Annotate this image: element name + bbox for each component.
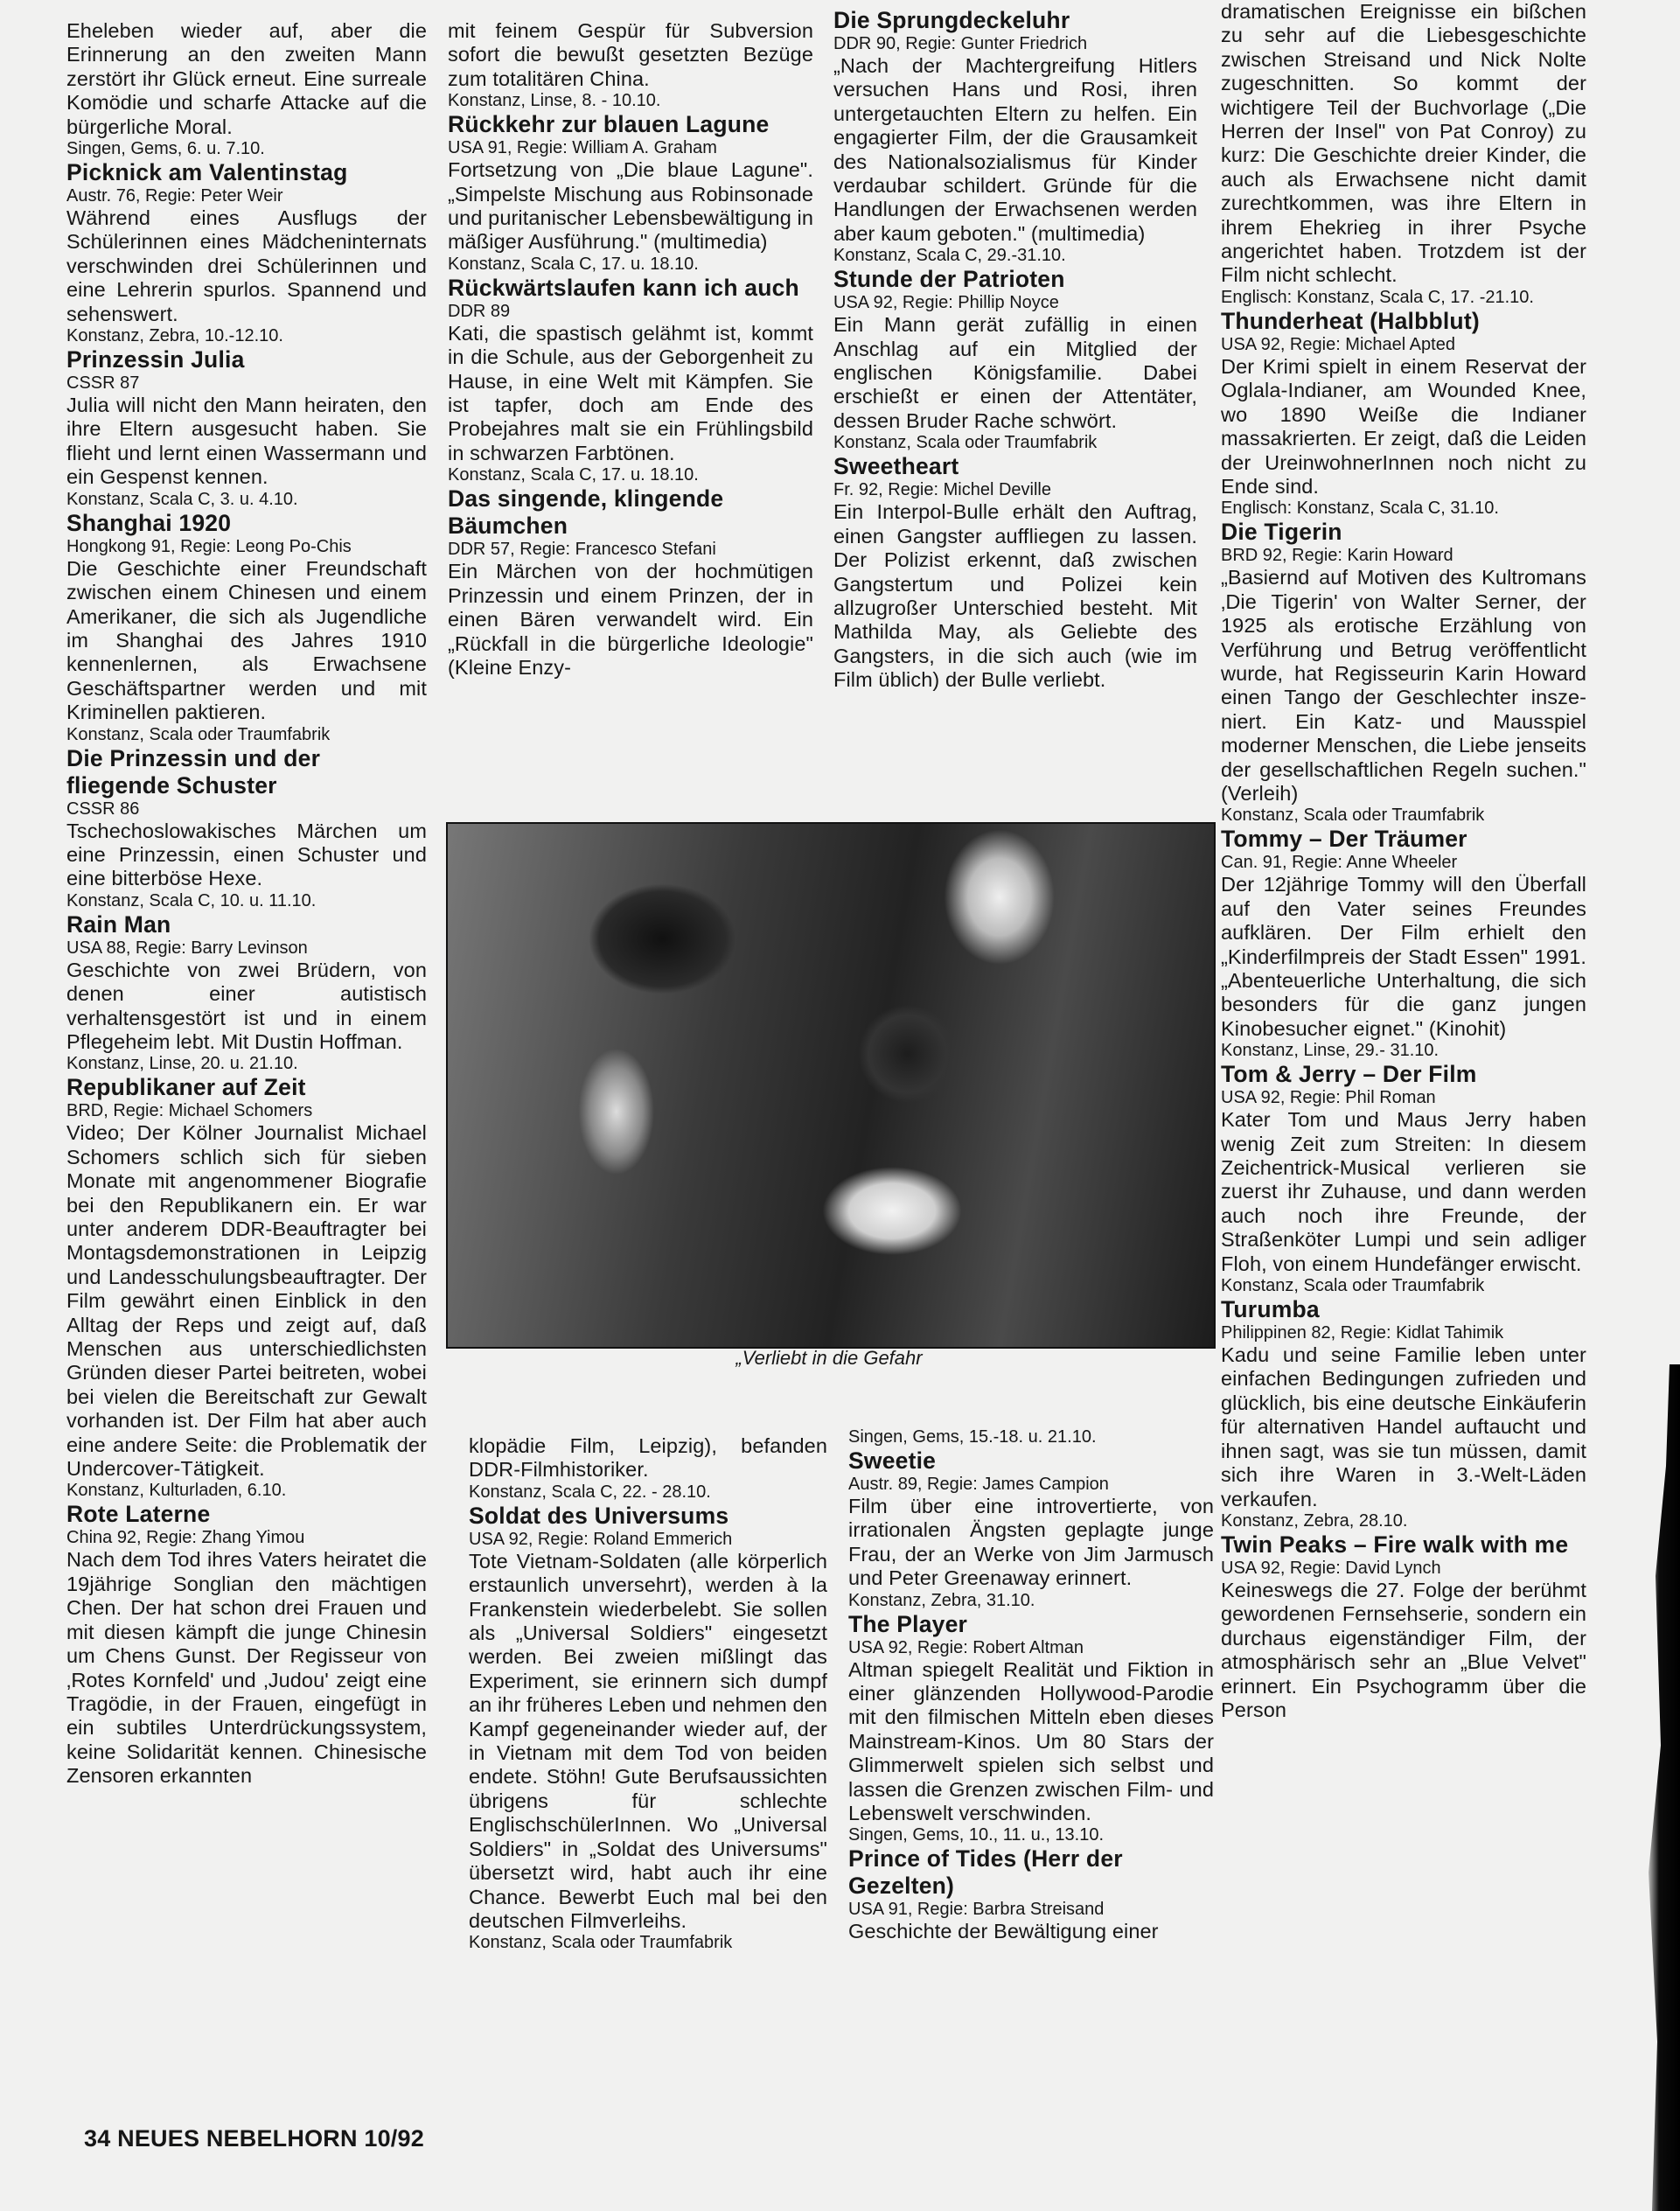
venue-dates: Konstanz, Scala C, 17. u. 18.10. bbox=[448, 255, 813, 275]
film-meta: USA 91, Regie: Barbra Streisand bbox=[848, 1900, 1214, 1920]
film-meta: BRD, Regie: Michael Schomers bbox=[66, 1101, 427, 1121]
film-entry: Tommy – Der Träumer Can. 91, Regie: Anne… bbox=[1221, 826, 1586, 1061]
film-description: Die Geschichte einer Freundschaft zwisch… bbox=[66, 557, 427, 725]
film-still-photo bbox=[446, 822, 1216, 1349]
venue-dates: Englisch: Konstanz, Scala C, 17. -21.10. bbox=[1221, 288, 1586, 308]
film-title: Tom & Jerry – Der Film bbox=[1221, 1061, 1586, 1088]
venue-dates: Konstanz, Scala C, 10. u. 11.10. bbox=[66, 891, 427, 911]
film-entry: Republikaner auf Zeit BRD, Regie: Michae… bbox=[66, 1074, 427, 1501]
film-entry: Das singende, klingende Bäumchen DDR 57,… bbox=[448, 485, 813, 680]
film-description: Geschichte von zwei Brüdern, von denen e… bbox=[66, 959, 427, 1055]
film-entry: Prince of Tides (Herr der Gezelten) USA … bbox=[848, 1845, 1214, 1943]
venue-dates: Singen, Gems, 6. u. 7.10. bbox=[66, 139, 427, 159]
venue-dates: Konstanz, Scala C, 22. - 28.10. bbox=[469, 1482, 827, 1503]
venue-dates: Konstanz, Scala C, 3. u. 4.10. bbox=[66, 490, 427, 510]
film-meta: Austr. 76, Regie: Peter Weir bbox=[66, 186, 427, 206]
film-description: „Nach der Machtergreifung Hitlers versuc… bbox=[833, 54, 1197, 246]
continued-text: Eheleben wieder auf, aber die Erinnerung… bbox=[66, 19, 427, 139]
film-meta: DDR 90, Regie: Gunter Friedrich bbox=[833, 34, 1197, 54]
film-title: Twin Peaks – Fire walk with me bbox=[1221, 1531, 1586, 1559]
venue-dates: Konstanz, Scala oder Traumfabrik bbox=[1221, 806, 1586, 826]
column-2-top: mit feinem Gespür für Subversion sofort … bbox=[448, 19, 813, 680]
film-meta: Can. 91, Regie: Anne Wheeler bbox=[1221, 853, 1586, 873]
column-3-top: Die Sprungdeckeluhr DDR 90, Regie: Gunte… bbox=[833, 7, 1197, 693]
film-description: Keineswegs die 27. Folge der berühmt gew… bbox=[1221, 1579, 1586, 1722]
film-title: Rückwärtslaufen kann ich auch bbox=[448, 275, 813, 302]
film-description: Der 12jährige Tommy will den Überfall au… bbox=[1221, 873, 1586, 1041]
film-entry: Rain Man USA 88, Regie: Barry Levinson G… bbox=[66, 911, 427, 1075]
film-entry: Die Tigerin BRD 92, Regie: Karin Howard … bbox=[1221, 519, 1586, 826]
venue-dates: Singen, Gems, 10., 11. u., 13.10. bbox=[848, 1825, 1214, 1845]
film-description: Kater Tom und Maus Jerry haben wenig Zei… bbox=[1221, 1108, 1586, 1276]
torn-page-edge bbox=[1645, 1364, 1680, 2211]
film-description: Ein Interpol-Bulle erhält den Auftrag, e… bbox=[833, 500, 1197, 692]
photo-caption: „Verliebt in die Gefahr bbox=[446, 1347, 1212, 1370]
film-description: Während eines Ausflugs der Schülerinnen … bbox=[66, 206, 427, 326]
film-entry: Rückwärtslaufen kann ich auch DDR 89 Kat… bbox=[448, 275, 813, 485]
film-title: Die Tigerin bbox=[1221, 519, 1586, 546]
film-meta: USA 88, Regie: Barry Levinson bbox=[66, 938, 427, 959]
film-meta: USA 92, Regie: Robert Altman bbox=[848, 1638, 1214, 1658]
film-entry: Soldat des Universums USA 92, Regie: Rol… bbox=[469, 1503, 827, 1954]
film-title: Thunderheat (Halbblut) bbox=[1221, 308, 1586, 335]
film-meta: BRD 92, Regie: Karin Howard bbox=[1221, 546, 1586, 566]
film-meta: CSSR 87 bbox=[66, 373, 427, 394]
film-meta: USA 91, Regie: William A. Graham bbox=[448, 138, 813, 158]
venue-dates: Konstanz, Zebra, 10.-12.10. bbox=[66, 326, 427, 346]
film-description: Tschechoslowakisches Märchen um eine Pri… bbox=[66, 820, 427, 891]
continued-text: dramatischen Ereignisse ein bißchen zu s… bbox=[1221, 0, 1586, 288]
film-title: Shanghai 1920 bbox=[66, 510, 427, 537]
venue-dates: Englisch: Konstanz, Scala C, 31.10. bbox=[1221, 499, 1586, 519]
film-description: Julia will nicht den Mann heiraten, den … bbox=[66, 394, 427, 490]
film-title: Die Prinzessin und der fliegende Schuste… bbox=[66, 745, 427, 799]
film-title: Picknick am Valentinstag bbox=[66, 159, 427, 186]
venue-dates: Konstanz, Linse, 20. u. 21.10. bbox=[66, 1054, 427, 1074]
film-title: Soldat des Universums bbox=[469, 1503, 827, 1530]
film-description: Der Krimi spielt in einem Reservat der O… bbox=[1221, 355, 1586, 499]
film-entry: Thunderheat (Halbblut) USA 92, Regie: Mi… bbox=[1221, 308, 1586, 519]
film-description: Geschichte der Bewältigung einer bbox=[848, 1920, 1214, 1943]
film-title: Prinzessin Julia bbox=[66, 346, 427, 373]
film-description: Kadu und seine Familie leben unter einfa… bbox=[1221, 1343, 1586, 1511]
film-description: Video; Der Kölner Journalist Michael Sch… bbox=[66, 1121, 427, 1481]
film-title: Republikaner auf Zeit bbox=[66, 1074, 427, 1101]
film-meta: USA 92, Regie: Phil Roman bbox=[1221, 1088, 1586, 1108]
film-title: Stunde der Patrioten bbox=[833, 266, 1197, 293]
venue-dates: Konstanz, Scala oder Traumfabrik bbox=[66, 725, 427, 745]
film-meta: USA 92, Regie: David Lynch bbox=[1221, 1559, 1586, 1579]
film-title: Sweetheart bbox=[833, 453, 1197, 480]
film-title: Rückkehr zur blauen Lagune bbox=[448, 111, 813, 138]
film-title: Tommy – Der Träumer bbox=[1221, 826, 1586, 853]
film-meta: Philippinen 82, Regie: Kidlat Tahimik bbox=[1221, 1323, 1586, 1343]
film-entry: Tom & Jerry – Der Film USA 92, Regie: Ph… bbox=[1221, 1061, 1586, 1296]
venue-dates: Konstanz, Scala C, 17. u. 18.10. bbox=[448, 465, 813, 485]
film-title: Rain Man bbox=[66, 911, 427, 938]
film-entry: Rote Laterne China 92, Regie: Zhang Yimo… bbox=[66, 1501, 427, 1788]
film-entry: Shanghai 1920 Hongkong 91, Regie: Leong … bbox=[66, 510, 427, 745]
column-1: Eheleben wieder auf, aber die Erinnerung… bbox=[66, 19, 427, 1789]
film-meta: Hongkong 91, Regie: Leong Po-Chis bbox=[66, 537, 427, 557]
film-meta: Fr. 92, Regie: Michel Deville bbox=[833, 480, 1197, 500]
film-title: The Player bbox=[848, 1611, 1214, 1638]
film-description: Kati, die spastisch gelähmt ist, kommt i… bbox=[448, 322, 813, 465]
film-title: Das singende, klingende Bäumchen bbox=[448, 485, 813, 540]
film-meta: USA 92, Regie: Michael Apted bbox=[1221, 335, 1586, 355]
film-entry: The Player USA 92, Regie: Robert Altman … bbox=[848, 1611, 1214, 1846]
film-entry: Die Prinzessin und der fliegende Schuste… bbox=[66, 745, 427, 911]
venue-dates: Konstanz, Linse, 8. - 10.10. bbox=[448, 91, 813, 111]
film-description: Ein Märchen von der hochmütigen Prinzess… bbox=[448, 560, 813, 680]
continued-text: klopädie Film, Leipzig), befanden DDR-Fi… bbox=[469, 1434, 827, 1482]
film-entry: Stunde der Patrioten USA 92, Regie: Phil… bbox=[833, 266, 1197, 453]
venue-dates: Konstanz, Scala C, 29.-31.10. bbox=[833, 246, 1197, 266]
film-description: „Basiernd auf Motiven des Kultromans ‚Di… bbox=[1221, 566, 1586, 806]
film-entry: Sweetheart Fr. 92, Regie: Michel Deville… bbox=[833, 453, 1197, 692]
venue-dates: Konstanz, Scala oder Traumfabrik bbox=[1221, 1276, 1586, 1296]
film-title: Rote Laterne bbox=[66, 1501, 427, 1528]
film-title: Die Sprungdeckeluhr bbox=[833, 7, 1197, 34]
venue-dates: Konstanz, Linse, 29.- 31.10. bbox=[1221, 1041, 1586, 1061]
venue-dates: Konstanz, Scala oder Traumfabrik bbox=[469, 1933, 827, 1953]
column-4: dramatischen Ereignisse ein bißchen zu s… bbox=[1221, 0, 1586, 1722]
venue-dates: Singen, Gems, 15.-18. u. 21.10. bbox=[848, 1427, 1214, 1447]
film-meta: USA 92, Regie: Phillip Noyce bbox=[833, 293, 1197, 313]
film-entry: Die Sprungdeckeluhr DDR 90, Regie: Gunte… bbox=[833, 7, 1197, 266]
film-description: Nach dem Tod ihres Vaters heiratet die 1… bbox=[66, 1548, 427, 1788]
film-description: Ein Mann gerät zufällig in einen Anschla… bbox=[833, 313, 1197, 433]
column-2-bottom: klopädie Film, Leipzig), befanden DDR-Fi… bbox=[469, 1434, 827, 1953]
film-meta: CSSR 86 bbox=[66, 799, 427, 820]
film-description: Altman spiegelt Realität und Fiktion in … bbox=[848, 1658, 1214, 1826]
film-title: Turumba bbox=[1221, 1296, 1586, 1323]
venue-dates: Konstanz, Zebra, 31.10. bbox=[848, 1591, 1214, 1611]
film-title: Sweetie bbox=[848, 1447, 1214, 1475]
film-meta: DDR 89 bbox=[448, 302, 813, 322]
film-meta: USA 92, Regie: Roland Emmerich bbox=[469, 1530, 827, 1550]
venue-dates: Konstanz, Scala oder Traumfabrik bbox=[833, 433, 1197, 453]
film-meta: Austr. 89, Regie: James Campion bbox=[848, 1475, 1214, 1495]
film-entry: Rückkehr zur blauen Lagune USA 91, Regie… bbox=[448, 111, 813, 275]
film-entry: Picknick am Valentinstag Austr. 76, Regi… bbox=[66, 159, 427, 346]
venue-dates: Konstanz, Kulturladen, 6.10. bbox=[66, 1481, 427, 1501]
film-meta: DDR 57, Regie: Francesco Stefani bbox=[448, 540, 813, 560]
film-entry: Sweetie Austr. 89, Regie: James Campion … bbox=[848, 1447, 1214, 1611]
film-description: Tote Vietnam-Soldaten (alle körperlich e… bbox=[469, 1550, 827, 1934]
film-description: Fortsetzung von „Die blaue Lagune". „Sim… bbox=[448, 158, 813, 255]
film-description: Film über eine introvertierte, von irrat… bbox=[848, 1495, 1214, 1591]
film-entry: Turumba Philippinen 82, Regie: Kidlat Ta… bbox=[1221, 1296, 1586, 1531]
film-title: Prince of Tides (Herr der Gezelten) bbox=[848, 1845, 1214, 1900]
venue-dates: Konstanz, Zebra, 28.10. bbox=[1221, 1511, 1586, 1531]
column-3-bottom: Singen, Gems, 15.-18. u. 21.10. Sweetie … bbox=[848, 1427, 1214, 1944]
film-entry: Prinzessin Julia CSSR 87 Julia will nich… bbox=[66, 346, 427, 510]
film-entry: Twin Peaks – Fire walk with me USA 92, R… bbox=[1221, 1531, 1586, 1722]
continued-text: mit feinem Gespür für Subversion sofort … bbox=[448, 19, 813, 91]
film-meta: China 92, Regie: Zhang Yimou bbox=[66, 1528, 427, 1548]
page-footer: 34 NEUES NEBELHORN 10/92 bbox=[84, 2125, 424, 2152]
